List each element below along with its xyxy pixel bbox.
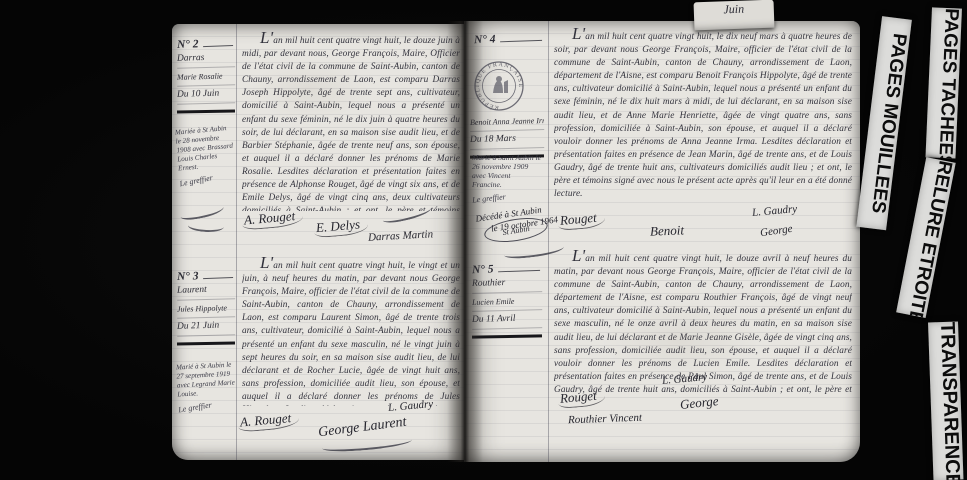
birth-act-4-text: L'an mil huit cent quatre vingt huit, le… xyxy=(554,27,852,223)
marriage-mention-4: Marié à Saint Aubin le 26 novembre 1909 … xyxy=(472,153,542,201)
banner-pages-mouillees: PAGES MOUILLEES xyxy=(856,16,912,230)
act-date: Du 11 Avril xyxy=(472,310,542,330)
archival-scan: N° 2 Darras Marie Rosalie Du 10 Juin Mar… xyxy=(0,0,967,480)
register-right-page: N° 4 RÉPUBLIQUE FRANÇAISE Benoit Anna Je… xyxy=(464,21,860,462)
signature-flourish xyxy=(187,218,224,234)
marriage-mention-2: Mariée à St Aubin le 28 novembre 1908 av… xyxy=(175,124,238,186)
act-date: Du 18 Mars xyxy=(470,130,544,150)
signature: Darras Martin xyxy=(368,228,434,243)
month-label: Juin xyxy=(723,2,744,18)
signature: George xyxy=(679,393,719,413)
birth-act-3-text: L'an mil huit cent quatre vingt huit, le… xyxy=(242,256,460,406)
margin-separator xyxy=(177,109,235,113)
banner-relure-etroite: RELURE ETROITE xyxy=(896,157,956,318)
margin-entry-4: N° 4 xyxy=(474,33,544,45)
margin-entry-3: N° 3 Laurent Jules Hippolyte Du 21 Juin xyxy=(177,270,235,345)
margin-entry-5: N° 5 Routhier Lucien Emile Du 11 Avril xyxy=(472,263,542,338)
signature: A. Rouget xyxy=(237,409,300,432)
act-surname: Routhier xyxy=(472,274,542,294)
act-given-names: Lucien Emile xyxy=(472,292,542,312)
margin-entry-4-lines: Benoit Anna Jeanne Irma Du 18 Mars xyxy=(470,113,544,158)
act-number: N° 4 xyxy=(474,32,544,46)
margin-separator xyxy=(472,334,542,338)
signature: George Laurent xyxy=(317,415,407,442)
signature: Benoit xyxy=(650,222,684,239)
act-child-name: Benoit Anna Jeanne Irma xyxy=(470,112,544,132)
act-surname: Darras xyxy=(177,49,235,69)
margin-separator xyxy=(177,341,235,345)
republique-francaise-stamp-icon: RÉPUBLIQUE FRANÇAISE xyxy=(472,59,526,113)
act-given-names: Marie Rosalie xyxy=(177,67,235,87)
signature-flourish xyxy=(179,202,224,221)
margin-column-rule xyxy=(236,24,237,460)
signature: Routhier Vincent xyxy=(568,412,642,427)
signature: L. Gaudry xyxy=(388,398,434,414)
act-given-names: Jules Hippolyte xyxy=(177,299,235,319)
margin-entry-2: N° 2 Darras Marie Rosalie Du 10 Juin xyxy=(177,38,235,113)
marriage-mention-3: Marié à St Aubin le 27 septembre 1919 av… xyxy=(176,361,236,412)
act-surname: Laurent xyxy=(177,281,235,301)
act-date: Du 10 Juin xyxy=(177,85,235,105)
signature: E. Delys xyxy=(313,216,368,239)
birth-act-2-text: L'an mil huit cent quatre vingt huit, le… xyxy=(242,31,460,211)
act-date: Du 21 Juin xyxy=(177,317,235,337)
signature: A. Rouget xyxy=(241,207,304,230)
banner-transparence: TRANSPARENCE xyxy=(928,321,963,480)
register-left-page: N° 2 Darras Marie Rosalie Du 10 Juin Mar… xyxy=(172,24,464,460)
page-corner-tab: Juin xyxy=(694,0,775,30)
greffier-signature: Le greffier xyxy=(472,188,543,204)
greffier-signature: Le greffier xyxy=(178,396,237,414)
signature: George xyxy=(759,223,793,239)
signature: Rouget xyxy=(557,209,605,231)
signature: Rouget xyxy=(557,387,605,409)
margin-column-rule xyxy=(548,21,549,462)
banner-pages-tachees: PAGES TACHEES xyxy=(925,7,962,158)
